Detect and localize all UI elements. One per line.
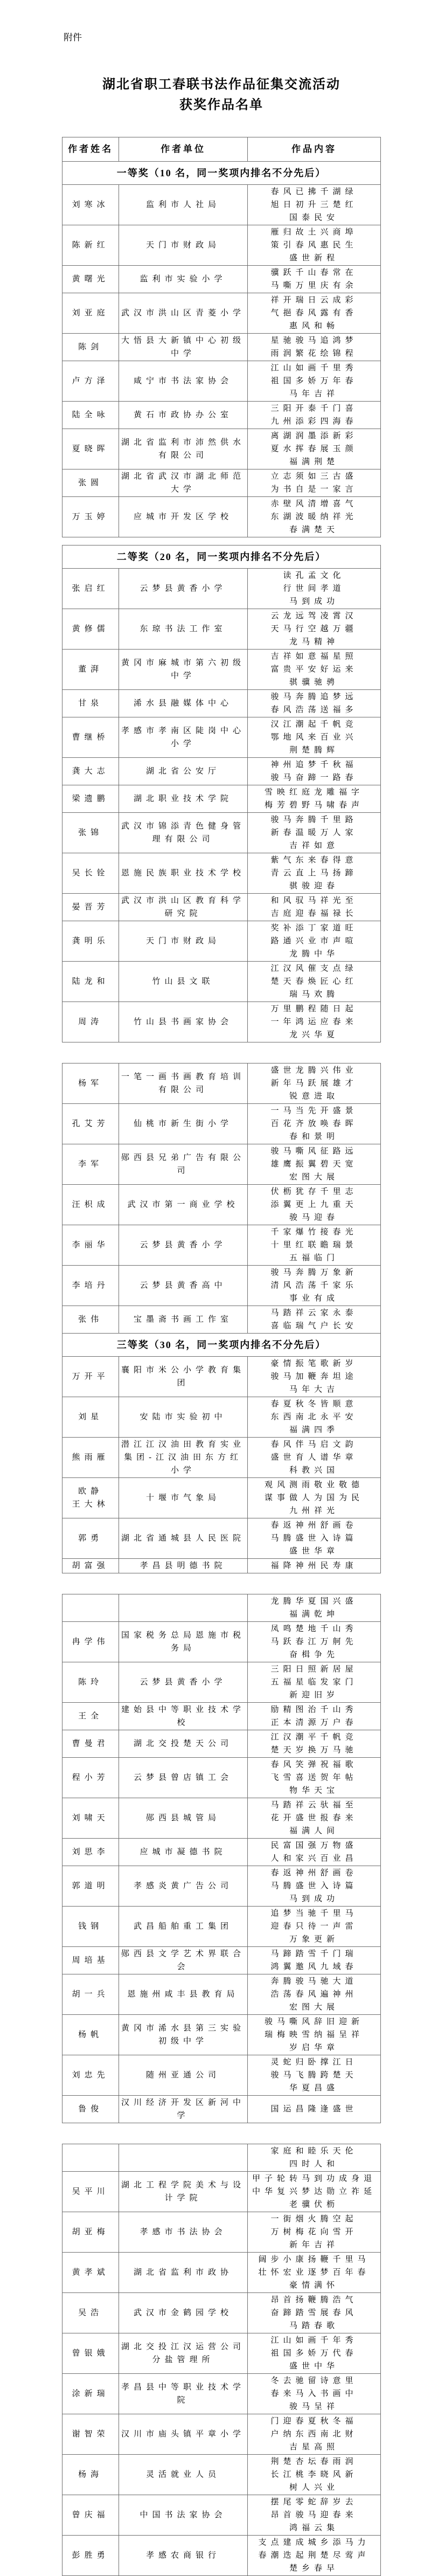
entry-row: 李丽华云梦县黄香小学千家爆竹接春光十里红联瞻瑞景五福临门 bbox=[62, 1225, 381, 1266]
text-line: 黄曙光 bbox=[64, 273, 117, 286]
text-line: 伏枥犹存千里志 bbox=[249, 1185, 379, 1198]
author-name-cell: 刘星 bbox=[62, 1397, 119, 1438]
author-unit-cell: 灵活就业人员 bbox=[119, 2455, 248, 2495]
author-name-cell: 黄曙光 bbox=[62, 266, 119, 293]
author-name-cell: 吴平川 bbox=[62, 2172, 119, 2212]
author-unit-cell: 一笔一画书画教育培训有限公司 bbox=[119, 1063, 248, 1104]
text-line: 天马行空越万疆 bbox=[249, 623, 379, 636]
author-unit-cell: 恩施民族职业技术学校 bbox=[119, 853, 248, 894]
author-name-cell: 熊雨雁 bbox=[62, 1438, 119, 1478]
text-line: 曾庆福 bbox=[64, 2509, 117, 2522]
text-line: 四时人和 bbox=[249, 2158, 379, 2171]
text-line: 国泰民安 bbox=[249, 211, 379, 224]
text-line: 李丽华 bbox=[64, 1239, 117, 1252]
text-line: 锐意进取 bbox=[249, 1090, 379, 1103]
text-line: 星驰骏马追鸿梦 bbox=[249, 334, 379, 347]
text-line: 骏马迎春 bbox=[249, 1211, 379, 1224]
text-line: 春风笑弹祝福歌 bbox=[249, 1758, 379, 1771]
work-content-cell: 祥开瑞日云成彩气挹春风露有香惠风和畅 bbox=[247, 293, 380, 334]
text-line: 户纳东西南北财 bbox=[249, 2428, 379, 2441]
author-unit-cell: 湖北省监利市沛然供水有限公司 bbox=[119, 429, 248, 469]
text-line: 王全 bbox=[64, 1710, 117, 1723]
text-line: 江汉风催支点绿 bbox=[249, 962, 379, 975]
text-line: 新迎旧岁 bbox=[249, 1689, 379, 1702]
entry-row: 刘忠先随州亚通公司灵蛇归卧撑江日骏马飞腾跨楚天华夏昌盛 bbox=[62, 2055, 381, 2096]
work-content-cell: 观风测雨敬业敬德谋事做人为国为民九州祥光 bbox=[247, 1478, 380, 1518]
entry-row: 张伟宝墨斋书画工作室马踏祥云家永泰喜临瑞气户长安 bbox=[62, 1306, 381, 1334]
document-title: 湖北省职工春联书法作品征集交流活动 获奖作品名单 bbox=[62, 74, 381, 115]
author-unit-cell: 天门市财政局 bbox=[119, 921, 248, 962]
award-table-block: 龙腾华夏国兴盛福满乾坤冉学伟国家税务总局恩施市税务局凤鸣楚地千山秀马跃春江万舸先… bbox=[62, 1594, 381, 2123]
author-name-cell: 陈剑 bbox=[62, 334, 119, 361]
entry-row: 曾庆福中国书法家协会摆尾零蛇辞岁去昂首骏马迎春来鸿福云集 bbox=[62, 2495, 381, 2536]
text-line: 盛世育人谱华章 bbox=[249, 1451, 379, 1464]
text-line: 立志须如三古盛 bbox=[249, 470, 379, 483]
entry-row: 谢智荣汉川市庙头镇平章小学门迎春夏秋冬福户纳东西南北财吉星高照 bbox=[62, 2414, 381, 2455]
award-table-block: 杨军一笔一画书画教育培训有限公司盛世龙腾兴伟业新年马跃展雄才锐意进取孔艾芳仙桃市… bbox=[62, 1063, 381, 1573]
work-content-cell: 骏马奔腾千里路新春温暖万人家吉祥如意 bbox=[247, 813, 380, 853]
text-line: 新春温暖万人家 bbox=[249, 826, 379, 839]
text-line: 一年鸿运应春来 bbox=[249, 1016, 379, 1028]
entry-row: 董湃黄冈市麻城市第六初级中学吉祥如意福星照富贵平安好运来骐骥驰骋 bbox=[62, 650, 381, 690]
text-line: 民富国强万物盛 bbox=[249, 1839, 379, 1852]
author-name-cell: 李军 bbox=[62, 1144, 119, 1185]
text-line: 曾银娥 bbox=[64, 2347, 117, 2360]
work-content-cell: 紫气东来春得意青云直上马扬蹄骐骏迎春 bbox=[247, 853, 380, 894]
author-unit-cell: 湖北交投楚天公司 bbox=[119, 1730, 248, 1758]
author-name-cell: 胡亚梅 bbox=[62, 2212, 119, 2253]
text-line: 冉学伟 bbox=[64, 1635, 117, 1648]
author-name-cell: 龚大志 bbox=[62, 758, 119, 785]
text-line: 紫气东来春得意 bbox=[249, 854, 379, 867]
author-name-cell: 欧静王大林 bbox=[62, 1478, 119, 1518]
author-name-cell: 张圆 bbox=[62, 469, 119, 497]
text-line: 张锦 bbox=[64, 826, 117, 839]
entry-row: 陆全咏黄石市政协办公室三阳开泰千门喜九州添彩四海春 bbox=[62, 402, 381, 429]
entry-row: 黄修儒东琼书法工作室云龙远驾凌霄汉天马行空越万疆龙马精神 bbox=[62, 609, 381, 650]
text-line: 张启红 bbox=[64, 582, 117, 595]
text-line: 盛世中华 bbox=[249, 2360, 379, 2373]
entry-row: 吴长铨恩施民族职业技术学校紫气东来春得意青云直上马扬蹄骐骏迎春 bbox=[62, 853, 381, 894]
author-unit-cell: 随州亚通公司 bbox=[119, 2055, 248, 2096]
work-content-cell: 荆楚杏坛春雨润长江桃李晓风新树人兴业 bbox=[247, 2455, 380, 2495]
text-line: 晏晋芳 bbox=[64, 901, 117, 914]
text-line: 奔腾骏马驰大道 bbox=[249, 1975, 379, 1988]
author-unit-cell: 武汉市锦添青色健身管理有限公司 bbox=[119, 813, 248, 853]
author-name-cell: 晏晋芳 bbox=[62, 894, 119, 921]
entry-row: 龚明乐天门市财政局奖补添丁家道旺路通兴业市声喧龙腾中华 bbox=[62, 921, 381, 962]
entry-row: 熊雨雁潜江江汉油田教育实业集团-江汉油田东方红小学春风伴马启文韵盛世育人谱华章科… bbox=[62, 1438, 381, 1478]
author-name-cell: 曾银娥 bbox=[62, 2333, 119, 2374]
work-content-cell: 赤壁风清增喜气东湖波暖纳祥光春满楚天 bbox=[247, 497, 380, 537]
author-unit-cell: 武昌船舶重工集团 bbox=[119, 1907, 248, 1947]
text-line: 和风驭马祥光至 bbox=[249, 894, 379, 907]
text-line: 福满四季 bbox=[249, 1424, 379, 1437]
author-unit-cell: 湖北工程学院美术与设计学院 bbox=[119, 2172, 248, 2212]
author-name-cell: 钱钢 bbox=[62, 1907, 119, 1947]
entry-row: 欧静王大林十堰市气象局观风测雨敬业敬德谋事做人为国为民九州祥光 bbox=[62, 1478, 381, 1518]
text-line: 万象更新 bbox=[249, 1933, 379, 1946]
work-content-cell: 阔步小康扬鞭千里马壮怀宏业逐梦百年春豪情满怀 bbox=[247, 2253, 380, 2293]
text-line: 离湖润墨添新彩 bbox=[249, 430, 379, 443]
text-line: 周培基 bbox=[64, 1954, 117, 1967]
text-line: 骏马嘶风征路远 bbox=[249, 1145, 379, 1158]
text-line: 九州祥光 bbox=[249, 1504, 379, 1517]
text-line: 春潮迭起荆楚尽莺声 bbox=[249, 2549, 379, 2562]
text-line: 瑞梅映雪纳福呈祥 bbox=[249, 2028, 379, 2041]
text-line: 阔步小康扬鞭千里马 bbox=[249, 2253, 379, 2266]
text-line: 杨军 bbox=[64, 1077, 117, 1090]
entry-row: 刘寒冰监利市人社局春风已拂千湖绿旭日初升三楚红国泰民安 bbox=[62, 185, 381, 225]
work-content-cell: 春返神州舒画卷马腾盛世入诗篇马到成功 bbox=[247, 1866, 380, 1907]
author-name-cell: 龚明乐 bbox=[62, 921, 119, 962]
text-line: 门迎春夏秋冬福 bbox=[249, 2415, 379, 2428]
author-unit-cell: 云梦县黄香小学 bbox=[119, 1225, 248, 1266]
text-line: 华夏昌盛 bbox=[249, 2082, 379, 2095]
author-name-cell: 鲁俊 bbox=[62, 2096, 119, 2123]
text-line: 行世间孝道 bbox=[249, 582, 379, 595]
entry-row: 杨军一笔一画书画教育培训有限公司盛世龙腾兴伟业新年马跃展雄才锐意进取 bbox=[62, 1063, 381, 1104]
text-line: 祖国多娇万代春 bbox=[249, 2347, 379, 2360]
text-line: 祖国多娇万年春 bbox=[249, 375, 379, 388]
entry-row: 家庭和睦乐天伦四时人和 bbox=[62, 2144, 381, 2172]
table-header-row: 作者姓名作者单位作品内容 bbox=[62, 137, 381, 162]
text-line: 福降神州民寿康 bbox=[249, 1559, 379, 1572]
text-line: 壮怀宏业逐梦百年春 bbox=[249, 2266, 379, 2279]
text-line: 江汉潮平千帆竞 bbox=[249, 1731, 379, 1744]
entry-row: 陈新红天门市财政局雁归故土兴商埠策引春风惠民生盛世新程 bbox=[62, 225, 381, 266]
text-line: 支点建成城乡添马力 bbox=[249, 2536, 379, 2549]
entry-row: 吴平川湖北工程学院美术与设计学院甲子轮转马到功成身退中华复兴梦达勋立祚延老骥伏枥 bbox=[62, 2172, 381, 2212]
text-line: 奖补添丁家道旺 bbox=[249, 922, 379, 935]
author-name-cell: 刘忠先 bbox=[62, 2055, 119, 2096]
text-line: 宏图大展 bbox=[249, 1171, 379, 1184]
text-line: 马蹄踏雪千门瑞 bbox=[249, 1947, 379, 1960]
text-line: 励精图治千山秀 bbox=[249, 1703, 379, 1716]
text-line: 吉星高照 bbox=[249, 2441, 379, 2454]
author-unit-cell: 云梦县黄香小学 bbox=[119, 1662, 248, 1703]
work-content-cell: 灵蛇归卧撑江日骏马飞腾跨楚天华夏昌盛 bbox=[247, 2055, 380, 2096]
author-name-cell: 黄孝斌 bbox=[62, 2253, 119, 2293]
author-name-cell bbox=[62, 1594, 119, 1622]
text-line: 鄂地风来百业兴 bbox=[249, 731, 379, 744]
text-line: 骏马加鞭奔坦途 bbox=[249, 1370, 379, 1383]
author-unit-cell: 汉川市庙头镇平章小学 bbox=[119, 2414, 248, 2455]
text-line: 吉祥如意 bbox=[249, 839, 379, 852]
work-content-cell: 和风驭马祥光至吉庭迎春福禄长 bbox=[247, 894, 380, 921]
entry-row: 龙腾华夏国兴盛福满乾坤 bbox=[62, 1594, 381, 1622]
author-name-cell: 李培丹 bbox=[62, 1266, 119, 1306]
work-content-cell: 励精图治千山秀正本清源万户春 bbox=[247, 1703, 380, 1730]
author-name-cell: 张锦 bbox=[62, 813, 119, 853]
text-line: 刘星 bbox=[64, 1411, 117, 1424]
author-unit-cell bbox=[119, 2144, 248, 2172]
work-content-cell: 豪情振笔歌新岁骏马加鞭奔坦途马年大吉 bbox=[247, 1357, 380, 1397]
author-name-cell: 曾庆福 bbox=[62, 2495, 119, 2536]
author-name-cell: 杨军 bbox=[62, 1063, 119, 1104]
text-line: 树人兴业 bbox=[249, 2481, 379, 2494]
entry-row: 刘啸天郧西县城管局马踏祥云驮福至花开盛世报春来福满人间 bbox=[62, 1798, 381, 1839]
author-unit-cell: 天门市财政局 bbox=[119, 225, 248, 266]
work-content-cell: 家庭和睦乐天伦四时人和 bbox=[247, 2144, 380, 2172]
author-unit-cell: 咸宁市书法家协会 bbox=[119, 361, 248, 402]
work-content-cell: 骥跃千山春常在马嘶万里庆有余 bbox=[247, 266, 380, 293]
entry-row: 甘泉浠水县融媒体中心骏马奔腾追梦远春风浩荡送福多 bbox=[62, 690, 381, 717]
author-unit-cell: 浠水县融媒体中心 bbox=[119, 690, 248, 717]
author-name-cell: 陆全咏 bbox=[62, 402, 119, 429]
author-unit-cell: 襄阳市米公小学教育集团 bbox=[119, 1357, 248, 1397]
author-unit-cell: 建始县中等职业技术学校 bbox=[119, 1703, 248, 1730]
text-line: 祥开瑞日云成彩 bbox=[249, 294, 379, 307]
text-line: 岁启华章 bbox=[249, 2041, 379, 2054]
author-unit-cell: 武汉市第一商业学校 bbox=[119, 1185, 248, 1225]
author-name-cell: 刘亚庭 bbox=[62, 293, 119, 334]
text-line: 马踏春歌 bbox=[249, 2319, 379, 2332]
author-name-cell: 曹继桥 bbox=[62, 717, 119, 758]
work-content-cell: 读孔孟文化行世间孝道马到成功 bbox=[247, 569, 380, 609]
text-line: 惠风和畅 bbox=[249, 320, 379, 333]
text-line: 骏马呈祥 bbox=[249, 2400, 379, 2413]
work-content-cell: 国运昌隆逢盛世 bbox=[247, 2096, 380, 2123]
entry-row: 刘思李应城市凝德书院民富国强万物盛人和家兴百业昌 bbox=[62, 1839, 381, 1866]
work-content-cell: 骏马嘶风辞旧迎新瑞梅映雪纳福呈祥岁启华章 bbox=[247, 2015, 380, 2055]
work-content-cell: 一马当先开盛景百花齐放唤春晖春和景明 bbox=[247, 1104, 380, 1144]
text-line: 彭胜勇 bbox=[64, 2549, 117, 2562]
text-line: 陆全咏 bbox=[64, 409, 117, 422]
work-content-cell: 盛世龙腾兴伟业新年马跃展雄才锐意进取 bbox=[247, 1063, 380, 1104]
author-name-cell: 冉学伟 bbox=[62, 1622, 119, 1662]
text-line: 马到成功 bbox=[249, 595, 379, 608]
text-line: 读孔孟文化 bbox=[249, 569, 379, 582]
text-line: 骏马奋蹄一路春 bbox=[249, 771, 379, 784]
text-line: 荆楚腾辉 bbox=[249, 744, 379, 757]
text-line: 奋蹄踏雪展春风 bbox=[249, 2306, 379, 2319]
work-content-cell: 春返神州舒画卷马腾盛世入诗篇盛世华章 bbox=[247, 1518, 380, 1559]
author-name-cell: 吴长铨 bbox=[62, 853, 119, 894]
work-content-cell: 甲子轮转马到功成身退中华复兴梦达勋立祚延老骥伏枥 bbox=[247, 2172, 380, 2212]
work-content-cell: 三阳日照新居屋五福星临发家门新迎旧岁 bbox=[247, 1662, 380, 1703]
text-line: 曹继桥 bbox=[64, 731, 117, 744]
work-content-cell: 马踏祥云驮福至花开盛世报春来福满人间 bbox=[247, 1798, 380, 1839]
work-content-cell: 民富国强万物盛人和家兴百业昌 bbox=[247, 1839, 380, 1866]
text-line: 追梦当驰千里马 bbox=[249, 1907, 379, 1920]
text-line: 春风已拂千湖绿 bbox=[249, 185, 379, 198]
text-line: 十里红联瞻瑞景 bbox=[249, 1239, 379, 1252]
document-body: 湖北省职工春联书法作品征集交流活动 获奖作品名单 作者姓名作者单位作品内容一等奖… bbox=[62, 74, 381, 2576]
author-unit-cell: 孝感市书法协会 bbox=[119, 2212, 248, 2253]
text-line: 龙兴华夏 bbox=[249, 1028, 379, 1041]
text-line: 三阳开泰千门喜 bbox=[249, 402, 379, 415]
text-line: 百花齐放唤春晖 bbox=[249, 1117, 379, 1130]
text-line: 江山如画千年秀 bbox=[249, 2334, 379, 2347]
work-content-cell: 吉祥如意福星照富贵平安好运来骐骥驰骋 bbox=[247, 650, 380, 690]
text-line: 汉江潮起千帆竞 bbox=[249, 718, 379, 731]
text-line: 云龙远驾凌霄汉 bbox=[249, 610, 379, 623]
work-content-cell: 福降神州民寿康 bbox=[247, 1559, 380, 1573]
author-name-cell: 张启红 bbox=[62, 569, 119, 609]
work-content-cell: 云龙远驾凌霄汉天马行空越万疆龙马精神 bbox=[247, 609, 380, 650]
text-line: 马腾盛世入诗篇 bbox=[249, 1880, 379, 1893]
author-unit-cell: 郧西县城管局 bbox=[119, 1798, 248, 1839]
entry-row: 汪枳成武汉市第一商业学校伏枥犹存千里志添翼更上九重天骏马迎春 bbox=[62, 1185, 381, 1225]
work-content-cell: 江汉风催支点绿楚天春焕匠心红瑞马欢腾 bbox=[247, 962, 380, 1002]
text-line: 福满荆楚 bbox=[249, 455, 379, 468]
award-table-block: 二等奖（20 名，同一奖项内排名不分先后）张启红云梦县黄香小学读孔孟文化行世间孝… bbox=[62, 545, 381, 1042]
author-unit-cell: 黄冈市浠水县第三实验初级中学 bbox=[119, 2015, 248, 2055]
author-unit-cell: 应城市凝德书院 bbox=[119, 1839, 248, 1866]
text-line: 鸿翼邀风九域春 bbox=[249, 1960, 379, 1973]
author-unit-cell: 湖北交投江汉运营公司分盐管理所 bbox=[119, 2333, 248, 2374]
text-line: 甘泉 bbox=[64, 697, 117, 710]
text-line: 春返神州舒画卷 bbox=[249, 1867, 379, 1880]
text-line: 凤鸣楚地千山秀 bbox=[249, 1622, 379, 1635]
work-content-cell: 凤鸣楚地千山秀马跃春江万舸先奋楫争先 bbox=[247, 1622, 380, 1662]
text-line: 骐骥驰骋 bbox=[249, 676, 379, 689]
text-line: 鲁俊 bbox=[64, 2103, 117, 2116]
text-line: 国运昌隆逢盛世 bbox=[249, 2103, 379, 2116]
text-line: 卢方泽 bbox=[64, 375, 117, 388]
author-name-cell: 万玉婷 bbox=[62, 497, 119, 537]
text-line: 刘忠先 bbox=[64, 2069, 117, 2082]
entry-row: 王全建始县中等职业技术学校励精图治千山秀正本清源万户春 bbox=[62, 1703, 381, 1730]
entry-row: 李军郧西县兄弟广告有限公司骏马嘶风征路远雄鹰振翼碧天宽宏图大展 bbox=[62, 1144, 381, 1185]
author-unit-cell: 孝昌县中等职业技术学院 bbox=[119, 2374, 248, 2414]
author-name-cell: 胡富强 bbox=[62, 1559, 119, 1573]
author-name-cell: 刘思李 bbox=[62, 1839, 119, 1866]
entry-row: 晏晋芳武汉市洪山区教育科学研究院和风驭马祥光至吉庭迎春福禄长 bbox=[62, 894, 381, 921]
author-name-cell: 吴浩 bbox=[62, 2293, 119, 2333]
entry-row: 程小芳云梦县曾店镇工会春风笑弹祝福歌飞雪喜送贺年帖物华天宝 bbox=[62, 1758, 381, 1798]
work-content-cell: 骏马奔腾万象新清风浩荡千家乐事业有成 bbox=[247, 1266, 380, 1306]
entry-row: 陈玲云梦县黄香小学三阳日照新居屋五福星临发家门新迎旧岁 bbox=[62, 1662, 381, 1703]
text-line: 春返神州舒画卷 bbox=[249, 1519, 379, 1532]
author-name-cell: 陆龙和 bbox=[62, 962, 119, 1002]
text-line: 瑞马欢腾 bbox=[249, 988, 379, 1001]
author-name-cell: 杨帆 bbox=[62, 2015, 119, 2055]
text-line: 胡亚梅 bbox=[64, 2226, 117, 2239]
document-page: 附件 湖北省职工春联书法作品征集交流活动 获奖作品名单 作者姓名作者单位作品内容… bbox=[0, 0, 431, 2576]
text-line: 熊雨雁 bbox=[64, 1451, 117, 1464]
author-unit-cell: 竹山县文联 bbox=[119, 962, 248, 1002]
author-unit-cell: 武汉市洪山区青菱小学 bbox=[119, 293, 248, 334]
text-line: 汪枳成 bbox=[64, 1198, 117, 1211]
text-line: 鸿福云集 bbox=[249, 2522, 379, 2534]
entry-row: 杨帆黄冈市浠水县第三实验初级中学骏马嘶风辞旧迎新瑞梅映雪纳福呈祥岁启华章 bbox=[62, 2015, 381, 2055]
work-content-cell: 立志须如三古盛为书自是一家言 bbox=[247, 469, 380, 497]
author-name-cell: 甘泉 bbox=[62, 690, 119, 717]
author-unit-cell: 中国书法家协会 bbox=[119, 2495, 248, 2536]
entry-row: 曹曼君湖北交投楚天公司江汉潮平千帆竞楚天岁换万马驰 bbox=[62, 1730, 381, 1758]
work-content-cell: 追梦当驰千里马迎春只待一声雷万象更新 bbox=[247, 1907, 380, 1947]
author-unit-cell: 孝昌县明德书院 bbox=[119, 1559, 248, 1573]
text-line: 春夏秋冬皆顺意 bbox=[249, 1398, 379, 1411]
text-line: 三阳日照新居屋 bbox=[249, 1663, 379, 1676]
text-line: 孔艾芳 bbox=[64, 1117, 117, 1130]
author-unit-cell bbox=[119, 1594, 248, 1622]
text-line: 气挹春风露有香 bbox=[249, 307, 379, 320]
author-name-cell: 周培基 bbox=[62, 1947, 119, 1974]
author-unit-cell: 监利市人社局 bbox=[119, 185, 248, 225]
author-unit-cell: 湖北省通城县人民医院 bbox=[119, 1518, 248, 1559]
text-line: 飞雪喜送贺年帖 bbox=[249, 1771, 379, 1784]
entry-row: 曾银娥湖北交投江汉运营公司分盐管理所江山如画千年秀祖国多娇万代春盛世中华 bbox=[62, 2333, 381, 2374]
text-line: 清风浩荡千家乐 bbox=[249, 1279, 379, 1292]
work-content-cell: 冬去驰留诗意里春来马入书画中骏马呈祥 bbox=[247, 2374, 380, 2414]
text-line: 钱钢 bbox=[64, 1920, 117, 1933]
entry-row: 周涛竹山县书画家协会万里鹏程随日起一年鸿运应春来龙兴华夏 bbox=[62, 1002, 381, 1042]
text-line: 赤壁风清增喜气 bbox=[249, 498, 379, 510]
text-line: 春风伴马启文韵 bbox=[249, 1438, 379, 1451]
author-name-cell: 杨海 bbox=[62, 2455, 119, 2495]
author-name-cell: 郭勇 bbox=[62, 1518, 119, 1559]
prize-section-row: 二等奖（20 名，同一奖项内排名不分先后） bbox=[62, 545, 381, 569]
text-line: 刘亚庭 bbox=[64, 307, 117, 320]
text-line: 荆楚杏坛春雨润 bbox=[249, 2455, 379, 2468]
text-line: 涂新瑞 bbox=[64, 2387, 117, 2400]
entry-row: 万开平襄阳市米公小学教育集团豪情振笔歌新岁骏马加鞭奔坦途马年大吉 bbox=[62, 1357, 381, 1397]
text-line: 陆龙和 bbox=[64, 975, 117, 988]
text-line: 马踏祥云家永泰 bbox=[249, 1307, 379, 1320]
text-line: 一街烟火腾空起 bbox=[249, 2213, 379, 2226]
text-line: 杨海 bbox=[64, 2468, 117, 2481]
author-name-cell: 谢智荣 bbox=[62, 2414, 119, 2455]
entry-row: 曹继桥孝感市孝南区陡岗中心小学汉江潮起千帆竞鄂地风来百业兴荆楚腾辉 bbox=[62, 717, 381, 758]
prize-section-row: 一等奖（10 名，同一奖项内排名不分先后） bbox=[62, 162, 381, 185]
text-line: 五福临门 bbox=[249, 1252, 379, 1265]
text-line: 浩荡春风遍神州 bbox=[249, 1988, 379, 2001]
author-name-cell: 李丽华 bbox=[62, 1225, 119, 1266]
text-line: 摆尾零蛇辞岁去 bbox=[249, 2496, 379, 2509]
entry-row: 冉学伟国家税务总局恩施市税务局凤鸣楚地千山秀马跃春江万舸先奋楫争先 bbox=[62, 1622, 381, 1662]
work-content-cell: 门迎春夏秋冬福户纳东西南北财吉星高照 bbox=[247, 2414, 380, 2455]
text-line: 周涛 bbox=[64, 1016, 117, 1028]
column-header: 作者姓名 bbox=[62, 137, 119, 162]
author-name-cell: 陈玲 bbox=[62, 1662, 119, 1703]
work-content-cell: 一街烟火腾空起万树梅花向雪开新年吉祥 bbox=[247, 2212, 380, 2253]
prize-section-row: 三等奖（30 名，同一奖项内排名不分先后） bbox=[62, 1334, 381, 1357]
entry-row: 吴浩武汉市金鹤园学校昂首扬鞭腾浩气奋蹄踏雪展春风马踏春歌 bbox=[62, 2293, 381, 2333]
author-unit-cell: 汉川经济开发区新河中学 bbox=[119, 2096, 248, 2123]
work-content-cell: 骏马嘶风征路远雄鹰振翼碧天宽宏图大展 bbox=[247, 1144, 380, 1185]
author-unit-cell: 湖北省公安厅 bbox=[119, 758, 248, 785]
text-line: 夏水挥春展玉颜 bbox=[249, 443, 379, 455]
text-line: 龙腾华夏国兴盛 bbox=[249, 1595, 379, 1608]
entry-row: 鲁俊汉川经济开发区新河中学国运昌隆逢盛世 bbox=[62, 2096, 381, 2123]
text-line: 曹曼君 bbox=[64, 1737, 117, 1750]
entry-row: 郭道明孝感炎黄广告公司春返神州舒画卷马腾盛世入诗篇马到成功 bbox=[62, 1866, 381, 1907]
text-line: 事业有成 bbox=[249, 1292, 379, 1305]
text-line: 吉祥如意福星照 bbox=[249, 650, 379, 663]
text-line: 甲子轮转马到功成身退 bbox=[249, 2172, 379, 2185]
attachment-label: 附件 bbox=[64, 31, 431, 44]
text-line: 骏马奔腾千里路 bbox=[249, 813, 379, 826]
text-line: 东西南北永平安 bbox=[249, 1411, 379, 1424]
work-content-cell: 春夏秋冬皆顺意东西南北永平安福满四季 bbox=[247, 1397, 380, 1438]
text-line: 马腾盛世入诗篇 bbox=[249, 1532, 379, 1545]
work-content-cell: 马踏祥云家永泰喜临瑞气户长安 bbox=[247, 1306, 380, 1334]
text-line: 福满乾坤 bbox=[249, 1608, 379, 1621]
work-content-cell: 支点建成城乡添马力春潮迭起荆楚尽莺声楚乡春早 bbox=[247, 2536, 380, 2576]
text-line: 骏马奔腾追梦远 bbox=[249, 690, 379, 703]
author-name-cell: 刘寒冰 bbox=[62, 185, 119, 225]
work-content-cell: 奖补添丁家道旺路通兴业市声喧龙腾中华 bbox=[247, 921, 380, 962]
text-line: 李军 bbox=[64, 1158, 117, 1171]
work-content-cell: 万里鹏程随日起一年鸿运应春来龙兴华夏 bbox=[247, 1002, 380, 1042]
work-content-cell: 三阳开泰千门喜九州添彩四海春 bbox=[247, 402, 380, 429]
award-table-block: 家庭和睦乐天伦四时人和吴平川湖北工程学院美术与设计学院甲子轮转马到功成身退中华复… bbox=[62, 2144, 381, 2576]
work-content-cell: 江汉潮平千帆竞楚天岁换万马驰 bbox=[247, 1730, 380, 1758]
entry-row: 龚大志湖北省公安厅神州追梦千秋福骏马奋蹄一路春 bbox=[62, 758, 381, 785]
